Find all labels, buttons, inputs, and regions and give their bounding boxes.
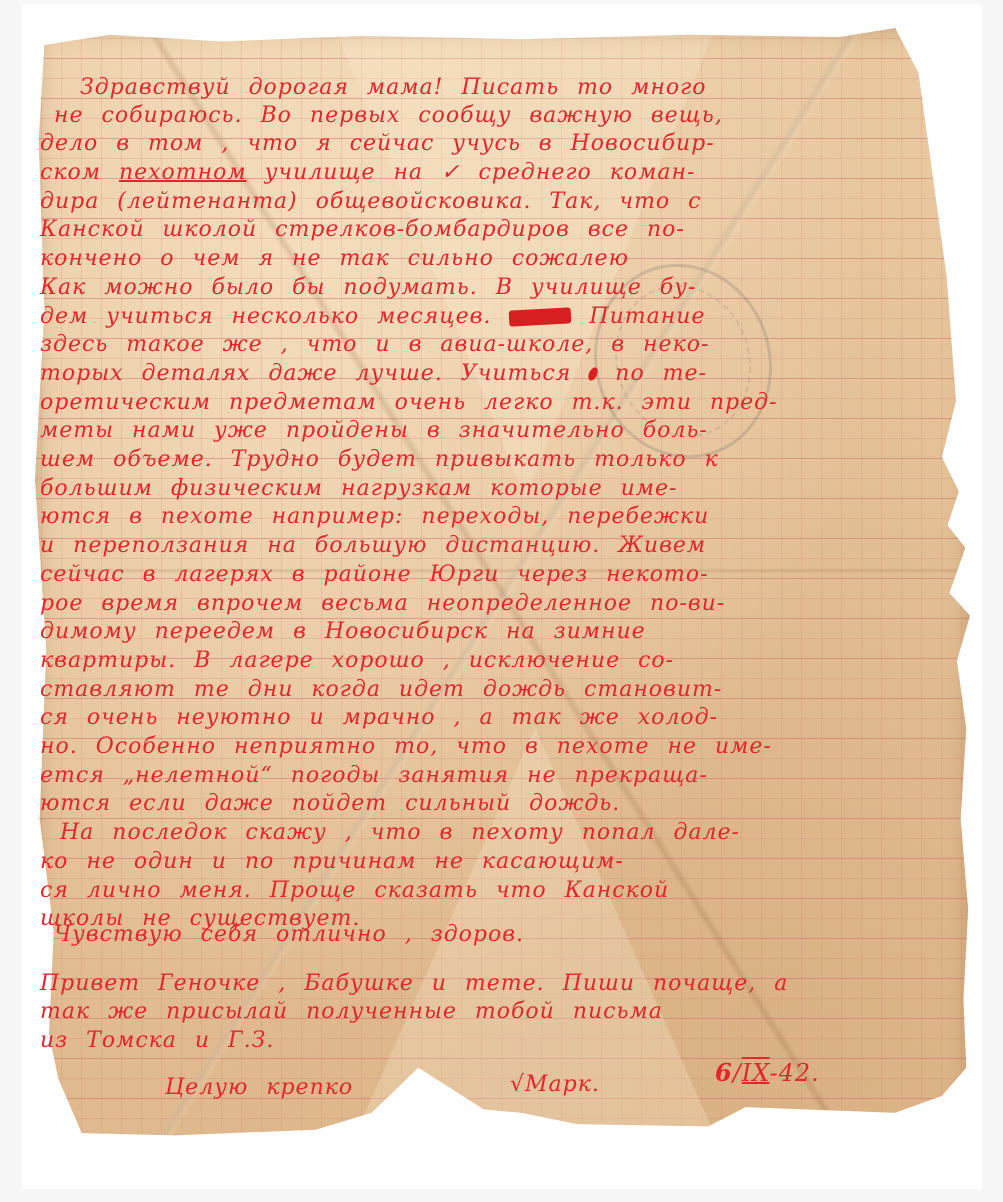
line-text: торых деталях даже лучше. Учиться: [40, 361, 589, 386]
line-text: ском: [40, 160, 119, 185]
crossed-out-ink-blot: [509, 307, 572, 326]
lines-line: меты нами уже пройдены в значительно бол…: [40, 418, 708, 443]
signature-name: Марк.: [525, 1072, 600, 1097]
lines-line: квартиры. В лагере хорошо , исключение с…: [40, 648, 674, 673]
lines-line: ется „нелетной“ погоды занятия не прекра…: [40, 763, 708, 788]
lines-line: но. Особенно неприятно то, что в пехоте …: [40, 734, 772, 759]
lines-line: Канской школой стрелков-бомбардиров все …: [40, 217, 685, 242]
line-text: училище на ✓ среднего коман-: [247, 160, 696, 185]
lines-line: ся лично меня. Проще сказать что Канской: [40, 878, 669, 903]
lines-line: шем объеме. Трудно будет привыкать тольк…: [40, 447, 719, 472]
line-text: Питание: [571, 304, 705, 329]
date-day: 6: [715, 1058, 733, 1087]
lines-line: дира (лейтенанта) общевойсковика. Так, ч…: [40, 189, 702, 214]
lines-line: Здравствуй дорогая мама! Писать то много: [80, 75, 707, 100]
line-text: дем учиться несколько месяцев.: [40, 304, 509, 329]
lines-line: оретическим предметам очень легко т.к. э…: [40, 390, 778, 415]
lines-line: и переползания на большую дистанцию. Жив…: [40, 533, 706, 558]
closing_lines-line: из Томска и Г.З.: [40, 1028, 274, 1053]
underlined-word: пехотном: [119, 160, 247, 185]
lines-line: ко не один и по причинам не касающим-: [40, 849, 624, 874]
lines-line: ском пехотном училище на ✓ среднего кома…: [40, 160, 695, 185]
lines-line: На последок скажу , что в пехоту попал д…: [60, 820, 740, 845]
lines-line: ются в пехоте например: переходы, перебе…: [40, 504, 709, 529]
date-month: IX: [742, 1059, 770, 1087]
closing_lines-line: Чувствую себя отлично , здоров.: [54, 922, 524, 947]
lines-line: большим физическим нагрузкам которые име…: [40, 476, 677, 501]
lines-line: сейчас в лагерях в районе Юрги через нек…: [40, 562, 709, 587]
lines-line: димому переедем в Новосибирск на зимние: [40, 619, 646, 644]
lines-line: дело в том , что я сейчас учусь в Новоси…: [40, 131, 715, 156]
letter-date: 6/IX-42.: [715, 1058, 820, 1087]
closing_lines-line: Привет Геночке , Бабушке и тете. Пиши по…: [40, 971, 788, 996]
signoff-greeting: Целую крепко: [165, 1075, 353, 1100]
lines-line: дем учиться несколько месяцев. Питание: [40, 304, 705, 329]
lines-line: не собираюсь. Во первых сообщу важную ве…: [54, 103, 723, 128]
line-text: по те-: [597, 361, 707, 386]
date-year: -42.: [770, 1059, 820, 1087]
lines-line: кончено о чем я не так сильно сожалею: [40, 246, 629, 271]
lines-line: Как можно было бы подумать. В училище бу…: [40, 275, 696, 300]
lines-line: здесь такое же , что и в авиа-школе, в н…: [40, 332, 709, 357]
lines-line: ся очень неуютно и мрачно , а так же хол…: [40, 705, 718, 730]
signature: √Марк.: [510, 1072, 600, 1097]
lines-line: ются если даже пойдет сильный дождь.: [40, 791, 620, 816]
lines-line: торых деталях даже лучше. Учиться по те-: [40, 361, 707, 386]
lines-line: рое время впрочем весьма неопределенное …: [40, 591, 725, 616]
signature-check-mark: √: [510, 1072, 525, 1097]
closing_lines-line: так же присылай полученные тобой письма: [40, 999, 663, 1024]
lines-line: ставляют те дни когда идет дождь станови…: [40, 677, 722, 702]
